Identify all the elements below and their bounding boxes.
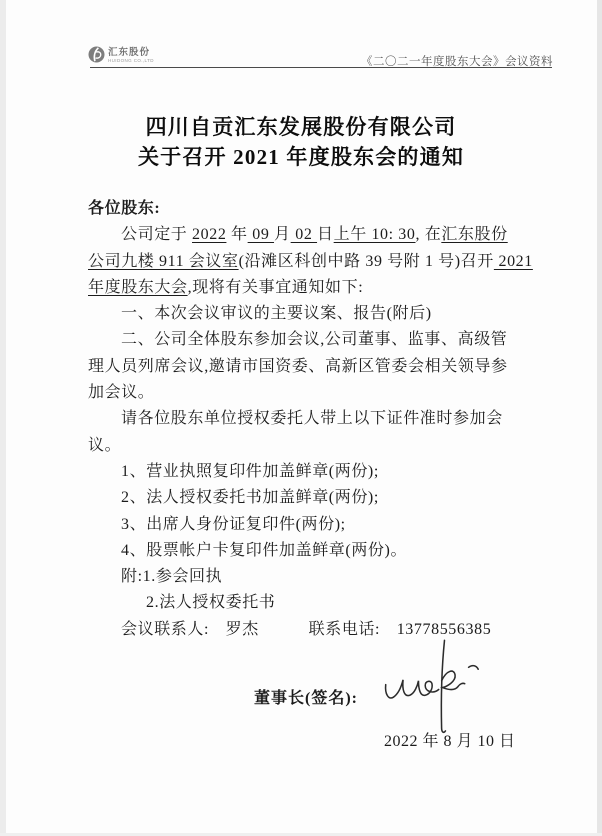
text: , 在 [416,226,442,243]
body-lines: 各位股东:公司定于 2022 年 09 月 02 日上午 10: 30, 在汇东… [88,196,520,643]
text: 年 [226,226,247,243]
document-title-line2: 关于召开 2021 年度股东会的通知 [0,142,602,172]
underlined-text: 02 [291,226,317,243]
text: 一、本次会议审议的主要议案、报告(附后) [121,305,432,322]
text: 2、法人授权委托书加盖鲜章(两份); [121,489,379,506]
body-line: 公司定于 2022 年 09 月 02 日上午 10: 30, 在汇东股份 [88,222,520,248]
text: 附:1.参会回执 [121,568,222,585]
text: 4、股票帐户卡复印件加盖鲜章(两份)。 [121,542,407,559]
body-line: 1、营业执照复印件加盖鲜章(两份); [88,459,520,485]
header-rule [90,67,552,68]
body-line: 一、本次会议审议的主要议案、报告(附后) [88,301,520,327]
body-line: 加会议。 [88,380,520,406]
company-logo: 汇东股份 HUIDONG CO.,LTD [88,46,154,68]
text: 月 [274,226,291,243]
logo-name-en: HUIDONG CO.,LTD [108,59,154,64]
text: 请各位股东单位授权委托人带上以下证件准时参加会 [121,410,503,427]
body-line: 公司九楼 911 会议室(沿滩区科创中路 39 号附 1 号)召开 2021 [88,249,520,275]
body-line: 议。 [88,433,520,459]
body-line: 请各位股东单位授权委托人带上以下证件准时参加会 [88,406,520,432]
document-page: 汇东股份 HUIDONG CO.,LTD 《二〇二一年度股东大会》会议资料 四川… [0,0,602,836]
text: 二、公司全体股东参加会议,公司董事、监事、高级管 [121,331,507,348]
text: 各位股东: [88,200,160,217]
underlined-text: 2021 [494,253,533,270]
underlined-text: 09 [248,226,274,243]
text: 2.法人授权委托书 [146,594,275,611]
company-logo-text: 汇东股份 HUIDONG CO.,LTD [108,46,154,64]
underlined-text: 年度股东大会 [88,279,188,296]
underlined-text: 上午 10: 30 [334,226,416,243]
text: 理人员列席会议,邀请市国资委、高新区管委会相关领导参 [88,358,508,375]
body-line: 2.法人授权委托书 [88,590,520,616]
body-line: 年度股东大会,现将有关事宜通知如下: [88,275,520,301]
underlined-text: 公司九楼 911 会议室 [88,253,239,270]
body-line: 二、公司全体股东参加会议,公司董事、监事、高级管 [88,327,520,353]
text: ,现将有关事宜通知如下: [188,279,364,296]
body-line: 2、法人授权委托书加盖鲜章(两份); [88,485,520,511]
underlined-text: 2022 [192,226,226,243]
text: 加会议。 [88,384,154,401]
body-line: 理人员列席会议,邀请市国资委、高新区管委会相关领导参 [88,354,520,380]
text: 1、营业执照复印件加盖鲜章(两份); [121,463,379,480]
body-line: 各位股东: [88,196,520,222]
text: 3、出席人身份证复印件(两份); [121,516,346,533]
text: (沿滩区科创中路 39 号附 1 号)召开 [239,253,494,270]
body-line: 附:1.参会回执 [88,564,520,590]
document-title: 四川自贡汇东发展股份有限公司 关于召开 2021 年度股东会的通知 [0,112,602,172]
chairman-signature-label: 董事长(签名): [254,685,358,708]
document-date: 2022 年 8 月 10 日 [384,728,516,751]
logo-name-cn: 汇东股份 [108,48,154,58]
body-line: 3、出席人身份证复印件(两份); [88,512,520,538]
text: 日 [317,226,334,243]
company-logo-icon [88,46,105,68]
text: 议。 [88,437,121,454]
body-line: 4、股票帐户卡复印件加盖鲜章(两份)。 [88,538,520,564]
document-title-line1: 四川自贡汇东发展股份有限公司 [0,112,602,142]
text: 公司定于 [121,226,192,243]
underlined-text: 汇东股份 [441,226,507,243]
